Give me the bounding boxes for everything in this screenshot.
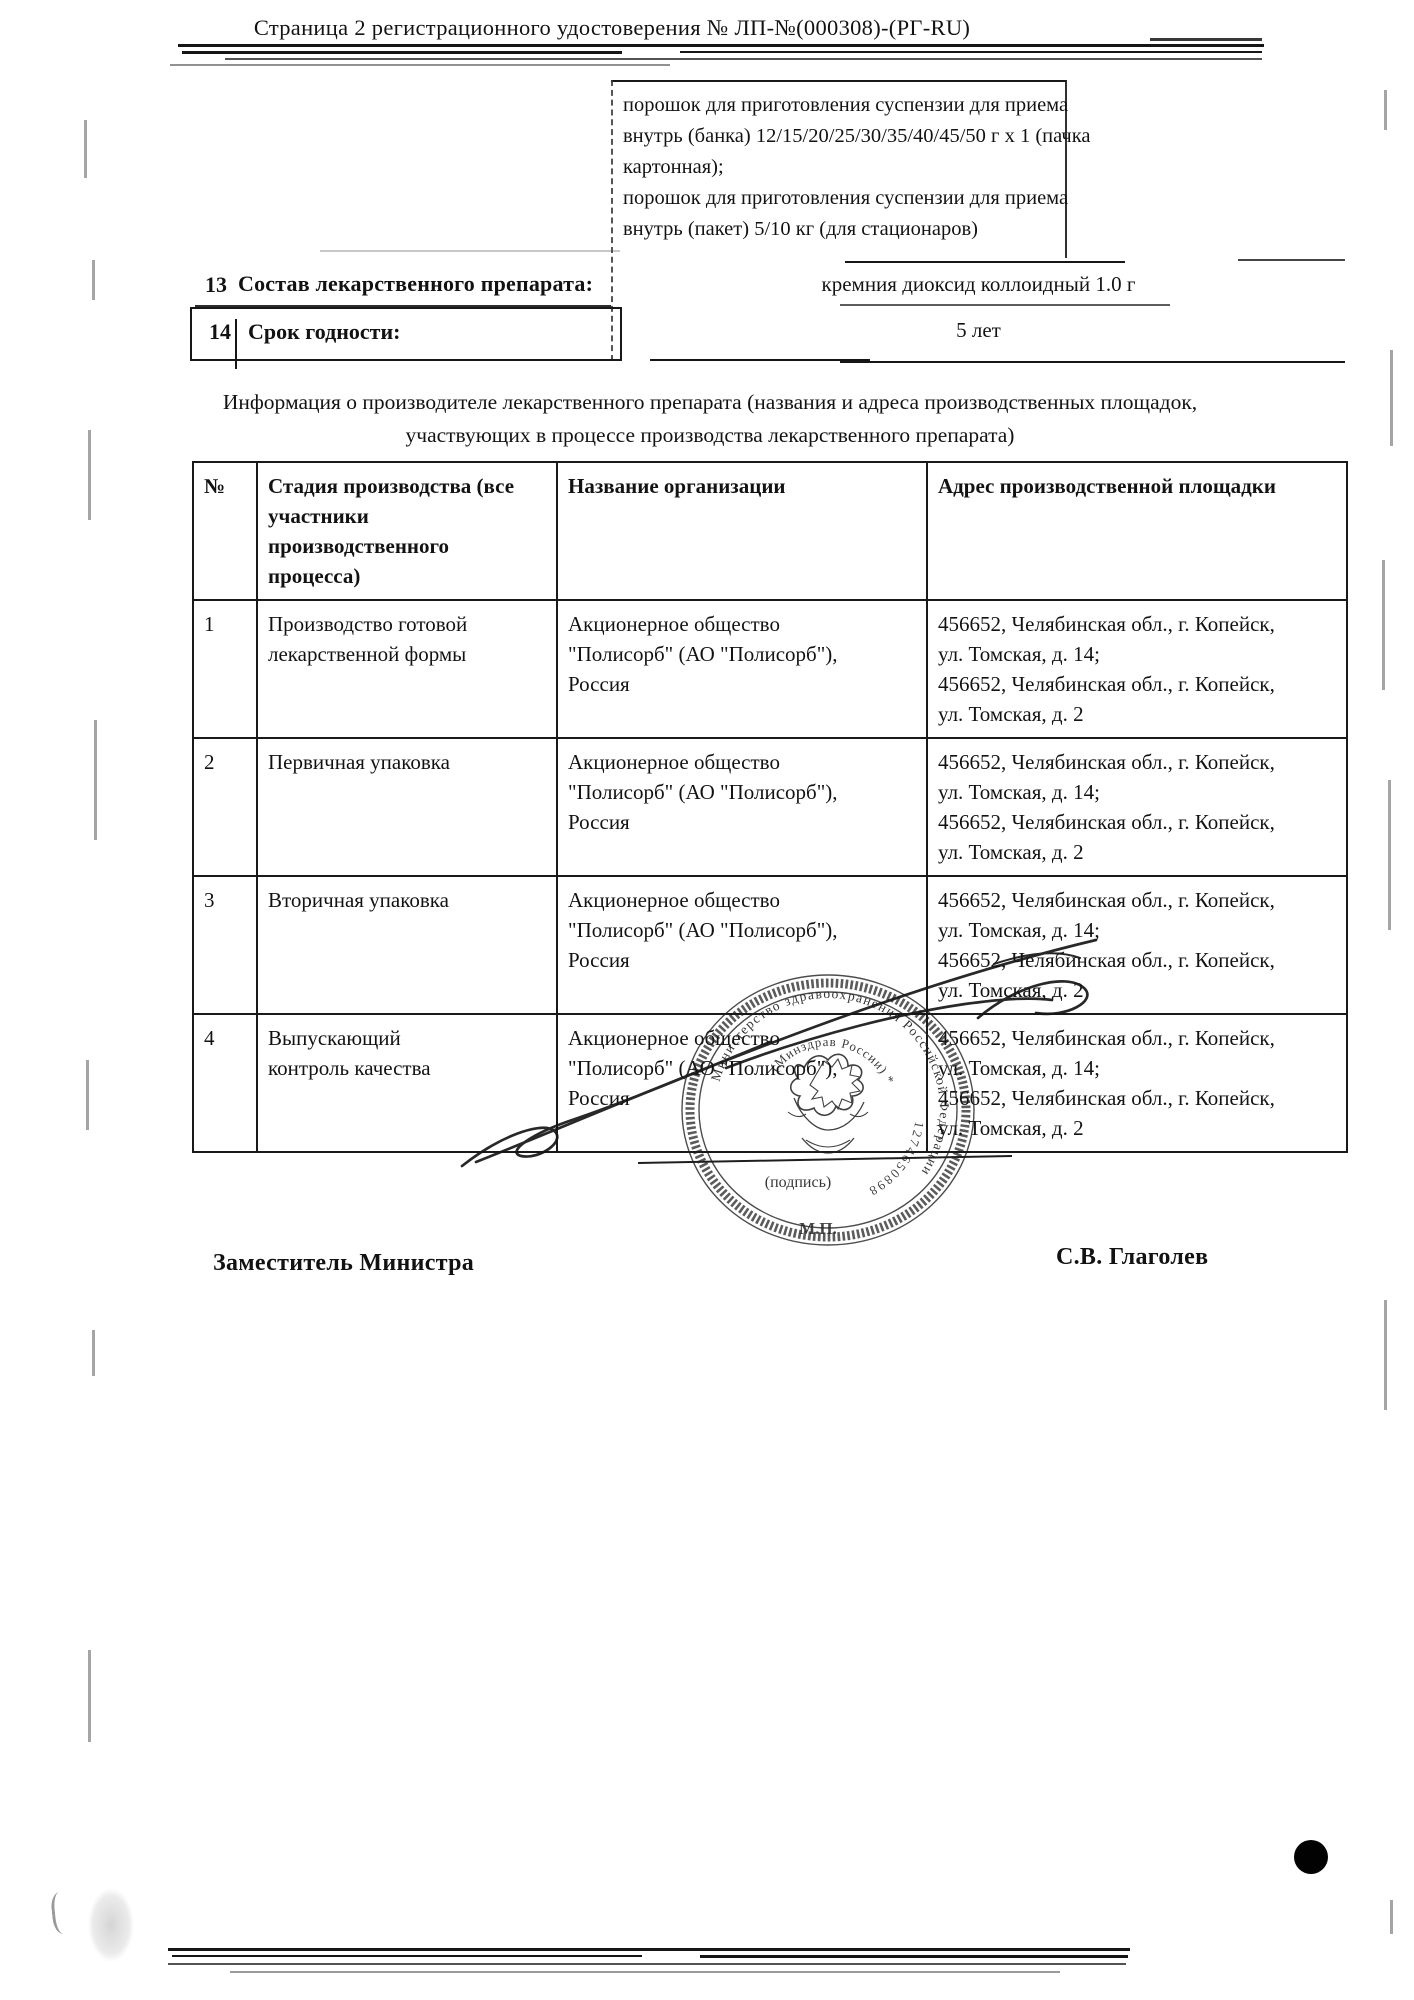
edge-mark: [84, 120, 87, 178]
edge-mark: [1384, 1300, 1387, 1410]
cell-organization: Акционерное общество "Полисорб" (АО "Пол…: [557, 738, 927, 876]
packaging-line: порошок для приготовления суспензии для …: [623, 183, 1065, 214]
packaging-line: внутрь (пакет) 5/10 кг (для стационаров): [623, 214, 1065, 245]
manufacturer-intro: Информация о производителе лекарственног…: [95, 386, 1325, 452]
scan-line: [1238, 259, 1345, 261]
column-header-address: Адрес производственной площадки: [927, 462, 1347, 600]
edge-mark: [94, 720, 97, 840]
field-value: 5 лет: [612, 318, 1345, 343]
stage-line: Первичная упаковка: [268, 747, 546, 777]
address-line: ул. Томская, д. 2: [938, 837, 1336, 867]
org-line: Россия: [568, 807, 916, 837]
field-label: Состав лекарственного препарата:: [238, 271, 593, 297]
address-line: ул. Томская, д. 14;: [938, 915, 1336, 945]
org-line: Россия: [568, 669, 916, 699]
table-row: 1 Производство готовой лекарственной фор…: [193, 600, 1347, 738]
org-line: Акционерное общество: [568, 1023, 916, 1053]
scan-line: [845, 261, 1125, 263]
org-line: "Полисорб" (АО "Полисорб"),: [568, 915, 916, 945]
scan-line: [172, 1955, 642, 1957]
packaging-line: картонная);: [623, 152, 1065, 183]
address-line: 456652, Челябинская обл., г. Копейск,: [938, 747, 1336, 777]
intro-line: Информация о производителе лекарственног…: [95, 386, 1325, 419]
manufacturers-table: № Стадия производства (все участники про…: [192, 461, 1348, 1153]
org-line: Россия: [568, 1083, 916, 1113]
signer-name: С.В. Глаголев: [1056, 1244, 1208, 1271]
cell-organization: Акционерное общество "Полисорб" (АО "Пол…: [557, 1014, 927, 1152]
intro-line: участвующих в процессе производства лека…: [95, 419, 1325, 452]
stage-line: Выпускающий: [268, 1023, 546, 1053]
field-box: 14 Срок годности:: [190, 307, 622, 361]
column-header-stage: Стадия производства (все участники произ…: [257, 462, 557, 600]
scanned-document-page: Страница 2 регистрационного удостоверени…: [0, 0, 1414, 2000]
address-line: 456652, Челябинская обл., г. Копейск,: [938, 1023, 1336, 1053]
field-number: 13: [205, 272, 227, 298]
scan-line: [700, 1955, 1128, 1958]
cell-stage: Выпускающий контроль качества: [257, 1014, 557, 1152]
edge-mark: [1390, 350, 1393, 446]
org-line: Россия: [568, 945, 916, 975]
address-line: 456652, Челябинская обл., г. Копейск,: [938, 807, 1336, 837]
cell-address: 456652, Челябинская обл., г. Копейск, ул…: [927, 738, 1347, 876]
address-line: ул. Томская, д. 2: [938, 975, 1336, 1005]
edge-mark: [88, 430, 91, 520]
address-line: ул. Томская, д. 2: [938, 699, 1336, 729]
edge-mark: [86, 1060, 89, 1130]
black-dot-mark: [1294, 1840, 1328, 1874]
cell-number: 3: [193, 876, 257, 1014]
cell-stage: Первичная упаковка: [257, 738, 557, 876]
packaging-forms-box: порошок для приготовления суспензии для …: [611, 80, 1067, 258]
table-row: 3 Вторичная упаковка Акционерное обществ…: [193, 876, 1347, 1014]
table-row: 4 Выпускающий контроль качества Акционер…: [193, 1014, 1347, 1152]
scan-smudge: [88, 1888, 134, 1962]
org-line: "Полисорб" (АО "Полисорб"),: [568, 777, 916, 807]
cell-organization: Акционерное общество "Полисорб" (АО "Пол…: [557, 600, 927, 738]
edge-mark: [88, 1650, 91, 1742]
cell-address: 456652, Челябинская обл., г. Копейск, ул…: [927, 876, 1347, 1014]
table-header-row: № Стадия производства (все участники про…: [193, 462, 1347, 600]
scan-line: [320, 250, 620, 252]
packaging-line: внутрь (банка) 12/15/20/25/30/35/40/45/5…: [623, 121, 1065, 152]
signature-caption: (подпись): [765, 1174, 831, 1191]
scan-line: [230, 1971, 1060, 1973]
edge-mark: [1388, 780, 1391, 930]
field-label: Срок годности:: [248, 319, 401, 345]
org-line: Акционерное общество: [568, 885, 916, 915]
scan-line: [168, 1963, 1126, 1965]
scan-line: [182, 51, 622, 54]
address-line: 456652, Челябинская обл., г. Копейск,: [938, 885, 1336, 915]
address-line: 456652, Челябинская обл., г. Копейск,: [938, 1083, 1336, 1113]
scan-mark: [50, 1891, 73, 1935]
scan-line: [680, 51, 1262, 53]
address-line: ул. Томская, д. 14;: [938, 639, 1336, 669]
cell-stage: Вторичная упаковка: [257, 876, 557, 1014]
org-line: "Полисорб" (АО "Полисорб"),: [568, 639, 916, 669]
edge-mark: [1382, 560, 1385, 690]
scan-line: [840, 361, 1345, 363]
scan-line: [650, 359, 870, 361]
stage-line: контроль качества: [268, 1053, 546, 1083]
field-value: кремния диоксид коллоидный 1.0 г: [612, 272, 1345, 297]
stage-line: лекарственной формы: [268, 639, 546, 669]
address-line: ул. Томская, д. 14;: [938, 1053, 1336, 1083]
cell-number: 2: [193, 738, 257, 876]
scan-line: [168, 1948, 1130, 1951]
edge-mark: [1390, 1900, 1393, 1934]
cell-organization: Акционерное общество "Полисорб" (АО "Пол…: [557, 876, 927, 1014]
cell-number: 1: [193, 600, 257, 738]
stage-line: Производство готовой: [268, 609, 546, 639]
signature-line: [638, 1156, 1012, 1163]
org-line: Акционерное общество: [568, 609, 916, 639]
org-line: Акционерное общество: [568, 747, 916, 777]
org-line: "Полисорб" (АО "Полисорб"),: [568, 1053, 916, 1083]
address-line: ул. Томская, д. 2: [938, 1113, 1336, 1143]
packaging-line: порошок для приготовления суспензии для …: [623, 90, 1065, 121]
signer-title: Заместитель Министра: [213, 1250, 474, 1277]
cell-address: 456652, Челябинская обл., г. Копейск, ул…: [927, 600, 1347, 738]
column-header-organization: Название организации: [557, 462, 927, 600]
scan-line: [178, 44, 1264, 47]
edge-mark: [92, 260, 95, 300]
address-line: 456652, Челябинская обл., г. Копейск,: [938, 945, 1336, 975]
page-header: Страница 2 регистрационного удостоверени…: [0, 15, 1224, 41]
cell-address: 456652, Челябинская обл., г. Копейск, ул…: [927, 1014, 1347, 1152]
edge-mark: [92, 1330, 95, 1376]
scan-line: [1150, 38, 1262, 41]
column-header-number: №: [193, 462, 257, 600]
edge-mark: [1384, 90, 1387, 130]
scan-line: [840, 304, 1170, 306]
table-row: 2 Первичная упаковка Акционерное обществ…: [193, 738, 1347, 876]
address-line: 456652, Челябинская обл., г. Копейск,: [938, 669, 1336, 699]
scan-line: [225, 58, 1262, 60]
address-line: 456652, Челябинская обл., г. Копейск,: [938, 609, 1336, 639]
address-line: ул. Томская, д. 14;: [938, 777, 1336, 807]
scan-line: [170, 64, 670, 66]
stage-line: Вторичная упаковка: [268, 885, 546, 915]
cell-stage: Производство готовой лекарственной формы: [257, 600, 557, 738]
cell-number: 4: [193, 1014, 257, 1152]
seal-mark: М.П.: [799, 1219, 837, 1238]
field-number: 14: [205, 319, 237, 369]
